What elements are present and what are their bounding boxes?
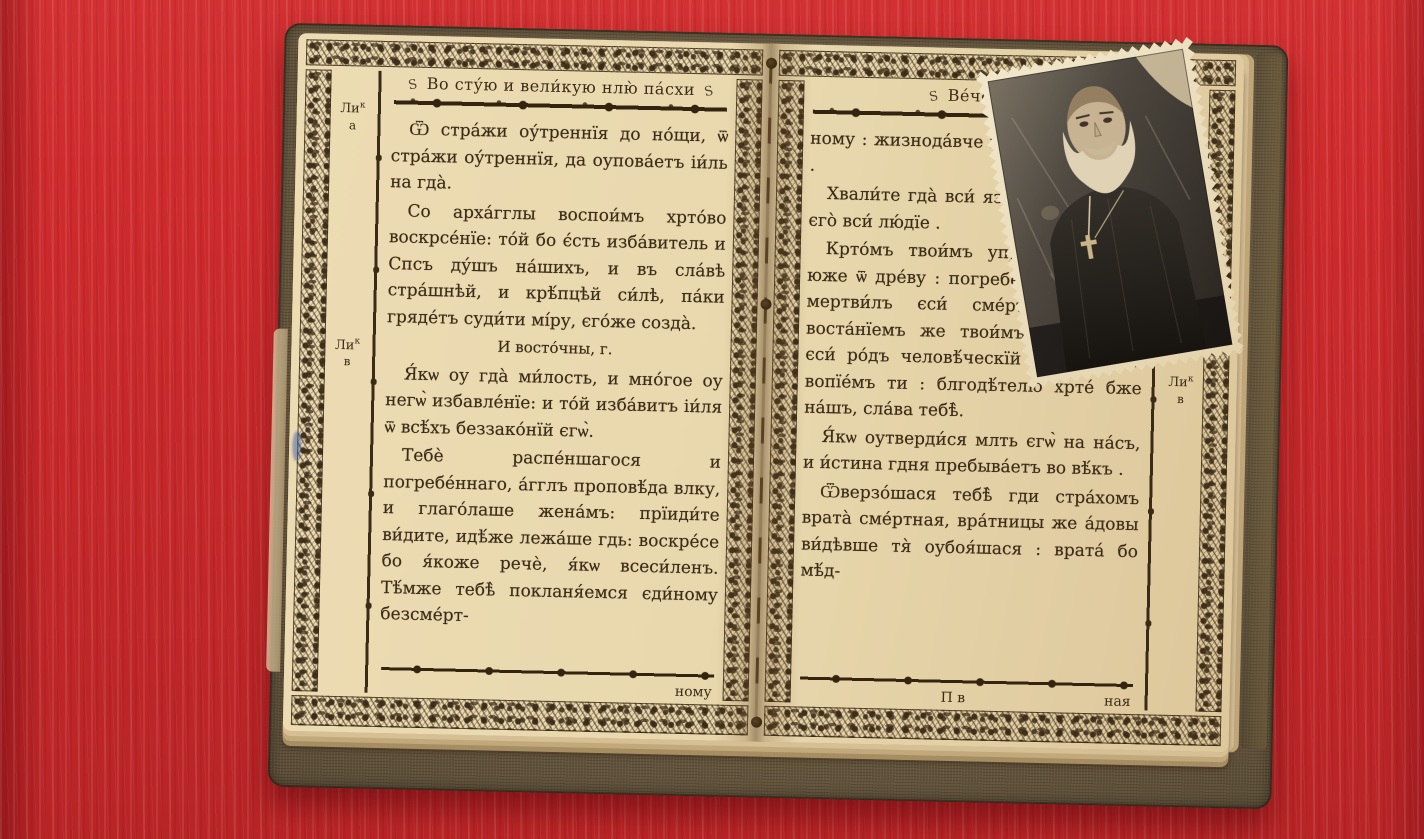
paragraph: Тебѐ распе́ншагося и погребе́ннаго, а́гг… bbox=[380, 442, 721, 635]
knotted-rule bbox=[394, 97, 727, 115]
header-ornament-icon: Ѕ bbox=[928, 89, 940, 105]
priest-portrait-image bbox=[988, 49, 1233, 378]
rubric-line: И восто́чны, г. bbox=[386, 333, 723, 364]
choir-margin-mark: Лик в bbox=[1158, 375, 1203, 407]
choir-margin-mark: Лик а bbox=[330, 101, 375, 133]
running-head: Ѕ Во сту́ю и вели́кую нлю̀ па́схи Ѕ bbox=[392, 73, 729, 100]
left-page: Лик а Лик в Ѕ Во сту́ю и вели́кую нлю̀ п… bbox=[283, 33, 772, 742]
paragraph: Я́кѡ оу гда̀ ми́лость, и мно́гое оу негѡ… bbox=[384, 361, 723, 448]
left-page-foot: ному bbox=[379, 677, 716, 701]
woodcut-border-bottom bbox=[291, 695, 749, 735]
left-page-body: Ѿ стра́жи оу́треннїя до но́щи, ѿ стра́жи… bbox=[380, 116, 729, 637]
catchword: ному bbox=[675, 684, 712, 701]
running-head-title: Во сту́ю и вели́кую нлю̀ па́схи bbox=[427, 74, 696, 99]
choir-margin-mark: Лик в bbox=[325, 337, 370, 369]
header-ornament-icon: Ѕ bbox=[407, 77, 419, 93]
catchword: ная bbox=[1104, 693, 1131, 710]
woodcut-border-bottom bbox=[764, 706, 1222, 746]
paragraph: Со арха́гглы воспои́мъ хрто́во воскрсе́н… bbox=[387, 198, 727, 338]
header-ornament-icon: Ѕ bbox=[703, 84, 715, 100]
quire-signature: П в bbox=[802, 687, 1105, 710]
paragraph: Я́кѡ оутверди́ся млть єгѡ̀ на на́съ, и и… bbox=[803, 423, 1141, 484]
paragraph: Ѿверзо́шася тебѣ̀ гди стра́хомъ врата̀ с… bbox=[800, 478, 1139, 592]
right-page-foot: П в ная bbox=[798, 687, 1135, 711]
left-page-text: Ѕ Во сту́ю и вели́кую нлю̀ па́схи Ѕ Ѿ ст… bbox=[372, 71, 737, 701]
paragraph: Ѿ стра́жи оу́треннїя до но́щи, ѿ стра́жи… bbox=[390, 116, 729, 203]
